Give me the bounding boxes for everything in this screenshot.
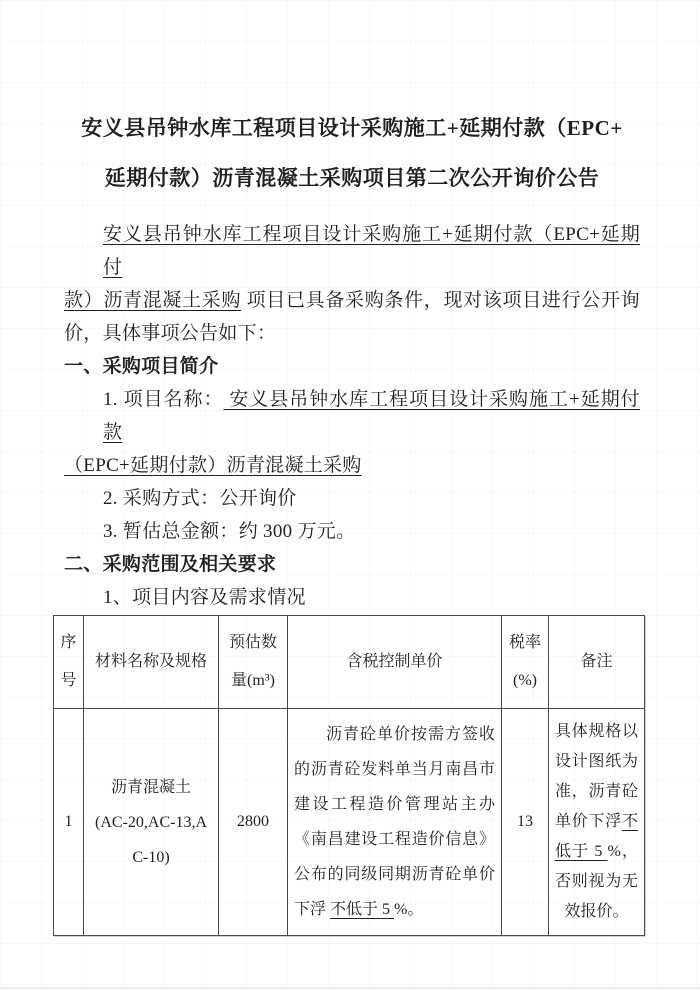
col-header-material: 材料名称及规格 [84, 616, 219, 709]
remark-line: 准，沥青砼 [555, 777, 638, 807]
section-2-heading: 二、采购范围及相关要求 [64, 548, 640, 581]
cell-tax-rate: 13 [502, 709, 549, 936]
material-line: 沥青混凝土 [84, 770, 218, 805]
cell-seq: 1 [54, 709, 84, 936]
remark-underlined-floor: 不 [622, 813, 638, 830]
item-project-name-cont: （EPC+延期付款）沥青混凝土采购 [64, 449, 640, 482]
item-project-name-label: 1. 项目名称： [103, 389, 224, 410]
material-line: C-10) [84, 840, 218, 875]
price-line: 沥青砼单价按需方签收 [294, 717, 495, 752]
remark-line: 效报价。 [555, 897, 638, 927]
price-line: 公布的同级同期沥青砼单价 [294, 857, 495, 892]
remark-line: 具体规格以 [555, 717, 638, 747]
intro-underlined-project-name-cont: 款）沥青混凝土采购 [64, 290, 241, 311]
price-line: 下浮 不低于 5 %。 [294, 892, 495, 927]
cell-quantity: 2800 [219, 709, 288, 936]
cell-remark: 具体规格以 设计图纸为 准，沥青砼 单价下浮不 低于 5 %， 否则视为无 效报… [549, 709, 645, 936]
intro-line-2: 款）沥青混凝土采购 项目已具备采购条件，现对该项目进行公开询 [64, 284, 640, 317]
col-header-price: 含税控制单价 [288, 616, 502, 709]
requirements-table: 序 号 材料名称及规格 预估数 量(m³) 含税控制单价 税率 (%) 备注 1… [53, 615, 645, 936]
remark-line: 低于 5 %， [555, 837, 638, 867]
document-page: 安义县吊钟水库工程项目设计采购施工+延期付款（EPC+ 延期付款）沥青混凝土采购… [0, 0, 700, 989]
intro-line-1: 安义县吊钟水库工程项目设计采购施工+延期付款（EPC+延期付 [64, 218, 640, 284]
table-row: 1 沥青混凝土 (AC-20,AC-13,A C-10) 2800 沥青砼单价按… [54, 709, 645, 936]
item-procurement-method: 2. 采购方式：公开询价 [64, 482, 640, 515]
item-project-name: 1. 项目名称： 安义县吊钟水库工程项目设计采购施工+延期付款 [64, 383, 640, 449]
price-line: 《南昌建设工程造价信息》 [294, 822, 495, 857]
col-header-seq: 序 号 [54, 616, 84, 709]
remark-underlined-floor-cont: 低于 5 [555, 843, 608, 860]
section-1-heading: 一、采购项目简介 [64, 350, 640, 383]
material-line: (AC-20,AC-13,A [84, 805, 218, 840]
cell-price: 沥青砼单价按需方签收 的沥青砼发料单当月南昌市 建设工程造价管理站主办 《南昌建… [288, 709, 502, 936]
intro-underlined-project-name: 安义县吊钟水库工程项目设计采购施工+延期付款（EPC+延期付 [103, 224, 640, 278]
intro-line-3: 价，具体事项公告如下： [64, 317, 640, 350]
remark-line: 设计图纸为 [555, 747, 638, 777]
document-content: 安义县吊钟水库工程项目设计采购施工+延期付款（EPC+ 延期付款）沥青混凝土采购… [0, 0, 700, 936]
intro-text: 项目已具备采购条件，现对该项目进行公开询 [241, 290, 640, 311]
item-project-name-value-cont: （EPC+延期付款）沥青混凝土采购 [64, 455, 362, 476]
remark-line: 单价下浮不 [555, 807, 638, 837]
col-header-remark: 备注 [549, 616, 645, 709]
col-header-tax: 税率 (%) [502, 616, 549, 709]
item-estimated-amount: 3. 暂估总金额：约 300 万元。 [64, 515, 640, 548]
col-header-quantity: 预估数 量(m³) [219, 616, 288, 709]
price-underlined-floor: 不低于 5 [330, 901, 394, 918]
price-line: 建设工程造价管理站主办 [294, 787, 495, 822]
remark-line: 否则视为无 [555, 867, 638, 897]
cell-material: 沥青混凝土 (AC-20,AC-13,A C-10) [84, 709, 219, 936]
page-title: 安义县吊钟水库工程项目设计采购施工+延期付款（EPC+ 延期付款）沥青混凝土采购… [64, 103, 640, 203]
table-header-row: 序 号 材料名称及规格 预估数 量(m³) 含税控制单价 税率 (%) 备注 [54, 616, 645, 709]
price-line: 的沥青砼发料单当月南昌市 [294, 752, 495, 787]
section-2-subitem: 1、项目内容及需求情况 [64, 581, 640, 614]
